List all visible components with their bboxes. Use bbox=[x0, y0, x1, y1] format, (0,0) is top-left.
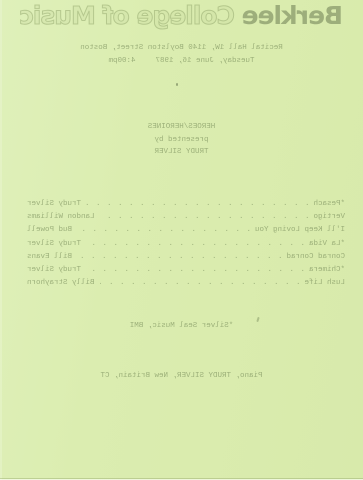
scanned-program-page: Berklee College of Music Recital Hall 1W… bbox=[0, 0, 363, 480]
logo-berklee-wordmark: Berklee bbox=[243, 1, 343, 30]
performer-name: Trudy Silver bbox=[27, 200, 86, 208]
dot-leader: . . . . . . . . . . . . . . . . . . . . … bbox=[86, 200, 309, 208]
presenter-name: TRUDY SILVER bbox=[0, 146, 363, 159]
song-title: *Chimera bbox=[305, 266, 345, 274]
performer-name: Bud Powell bbox=[27, 226, 77, 234]
performer-name: Bill Evans bbox=[27, 253, 77, 261]
song-title: I'll Keep Loving You bbox=[251, 226, 345, 234]
dot-leader: . . . . . . . . . . . . . . . . . . . . … bbox=[100, 279, 301, 287]
date-time-line: Tuesday, June 16, 19874:00pm bbox=[0, 55, 363, 68]
performer-name: Landon Williams bbox=[27, 213, 100, 221]
program-row: *Pesach . . . . . . . . . . . . . . . . … bbox=[27, 200, 345, 213]
song-title: *Pesach bbox=[309, 200, 345, 208]
venue-address-line: Recital Hall 1W, 1140 Boylston Street, B… bbox=[0, 42, 363, 55]
recital-title: HEROES/HEROINES bbox=[0, 121, 363, 134]
performer-name: Billy Strayhorn bbox=[27, 279, 100, 287]
dot-leader: . . . . . . . . . . . . . . . . . . . . … bbox=[86, 266, 305, 274]
publishing-footnote: *Silver Seal Music, BMI bbox=[0, 322, 363, 330]
performer-name: Trudy Silver bbox=[27, 240, 86, 248]
event-time: 4:00pm bbox=[108, 57, 135, 65]
program-row: *Chimera . . . . . . . . . . . . . . . .… bbox=[27, 266, 345, 279]
song-title: Lush Life bbox=[300, 279, 345, 287]
mirrored-page-content: Berklee College of Music Recital Hall 1W… bbox=[0, 0, 363, 480]
song-title: *La Vida bbox=[305, 240, 345, 248]
dot-leader: . . . . . . . . . . . . . . . . . . . . … bbox=[77, 253, 282, 261]
performer-name: Trudy Silver bbox=[27, 266, 86, 274]
presented-by-label: presented by bbox=[0, 134, 363, 147]
dot-leader: . . . . . . . . . . . . . . . . . . . . … bbox=[100, 213, 310, 221]
berklee-logo: Berklee College of Music bbox=[0, 1, 363, 30]
venue-address-block: Recital Hall 1W, 1140 Boylston Street, B… bbox=[0, 42, 363, 68]
logo-college-of-music-wordmark: College of Music bbox=[20, 1, 243, 30]
program-row: I'll Keep Loving You . . . . . . . . . .… bbox=[27, 226, 345, 239]
dot-leader: . . . . . . . . . . . . . . . . . . . . … bbox=[77, 226, 251, 234]
program-row: *La Vida . . . . . . . . . . . . . . . .… bbox=[27, 240, 345, 253]
piano-credit-line: Piano, TRUDY SILVER, New Britain, CT bbox=[0, 372, 363, 380]
dot-leader: . . . . . . . . . . . . . . . . . . . . … bbox=[86, 240, 305, 248]
event-date: Tuesday, June 16, 1987 bbox=[156, 57, 255, 65]
program-row: Vertigo . . . . . . . . . . . . . . . . … bbox=[27, 213, 345, 226]
recital-title-block: HEROES/HEROINES presented by TRUDY SILVE… bbox=[0, 121, 363, 159]
song-title: Vertigo bbox=[309, 213, 345, 221]
program-row: Conrad Conrad . . . . . . . . . . . . . … bbox=[27, 253, 345, 266]
program-row: Lush Life . . . . . . . . . . . . . . . … bbox=[27, 279, 345, 292]
program-list: *Pesach . . . . . . . . . . . . . . . . … bbox=[27, 200, 345, 292]
song-title: Conrad Conrad bbox=[282, 253, 345, 261]
